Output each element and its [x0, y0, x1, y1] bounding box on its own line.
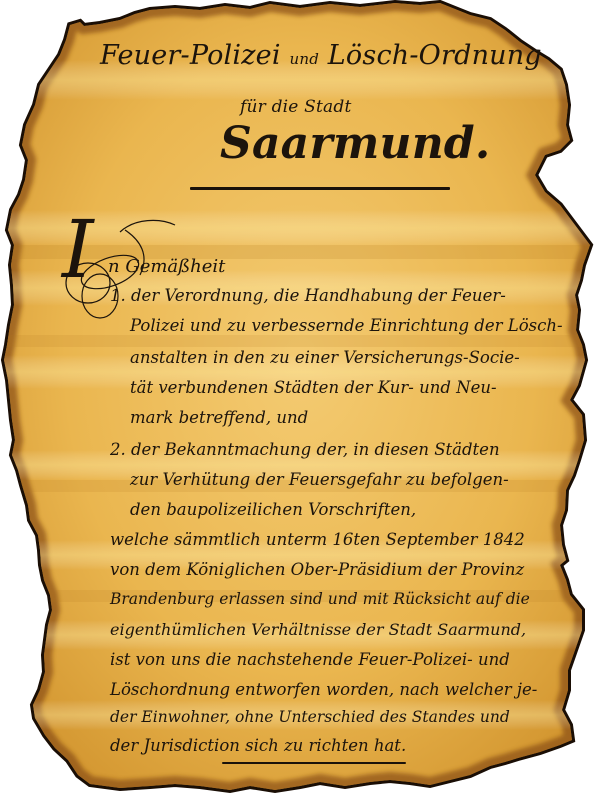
- body-line: n Gemäßheit: [108, 258, 225, 276]
- title-feuer-polizei: Feuer-Polizei: [100, 40, 281, 71]
- body-line: welche sämmtlich unterm 16ten September …: [110, 532, 525, 549]
- body-line: tät verbundenen Städten der Kur- und Neu…: [130, 380, 497, 397]
- body-line: 2. der Bekanntmachung der, in diesen Stä…: [110, 442, 500, 459]
- decorated-initial: I: [62, 210, 94, 290]
- top-divider: [190, 187, 450, 190]
- document-text: Feuer-Polizei und Lösch-Ordnung für die …: [0, 0, 600, 800]
- body-line: der Einwohner, ohne Unterschied des Stan…: [110, 710, 510, 726]
- body-line: mark betreffend, und: [130, 410, 308, 427]
- title-city: Saarmund.: [220, 118, 490, 169]
- title-loesch-ordnung: Lösch-Ordnung: [328, 40, 542, 71]
- document-title: Feuer-Polizei und Lösch-Ordnung: [100, 40, 542, 71]
- body-line: von dem Königlichen Ober-Präsidium der P…: [110, 562, 524, 579]
- body-line: Löschordnung entworfen worden, nach welc…: [110, 682, 537, 699]
- title-subline: für die Stadt: [240, 97, 351, 117]
- body-line: den baupolizeilichen Vorschriften,: [130, 502, 416, 519]
- body-line: der Jurisdiction sich zu richten hat.: [110, 738, 406, 755]
- body-line: ist von uns die nachstehende Feuer-Poliz…: [110, 652, 510, 669]
- document-page: Feuer-Polizei und Lösch-Ordnung für die …: [0, 0, 600, 800]
- body-line: eigenthümlichen Verhältnisse der Stadt S…: [110, 622, 526, 638]
- bottom-divider: [222, 762, 406, 764]
- title-connector: und: [289, 50, 319, 68]
- body-line: zur Verhütung der Feuersgefahr zu befolg…: [130, 472, 509, 489]
- body-line: Brandenburg erlassen sind und mit Rücksi…: [110, 592, 530, 608]
- body-line: Polizei und zu verbessernde Einrichtung …: [130, 318, 563, 335]
- body-line: 1. der Verordnung, die Handhabung der Fe…: [110, 288, 506, 305]
- body-line: anstalten in den zu einer Versicherungs-…: [130, 350, 520, 367]
